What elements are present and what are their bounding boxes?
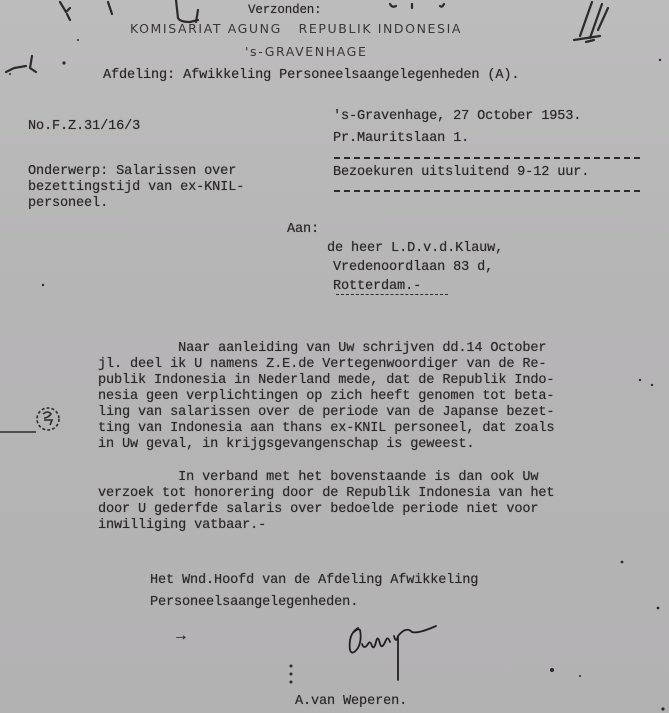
scanned-letter: Verzonden: KOMISARIAT AGUNG REPUBLIK IND…: [0, 0, 669, 713]
paper-specks-icon: [0, 0, 669, 713]
